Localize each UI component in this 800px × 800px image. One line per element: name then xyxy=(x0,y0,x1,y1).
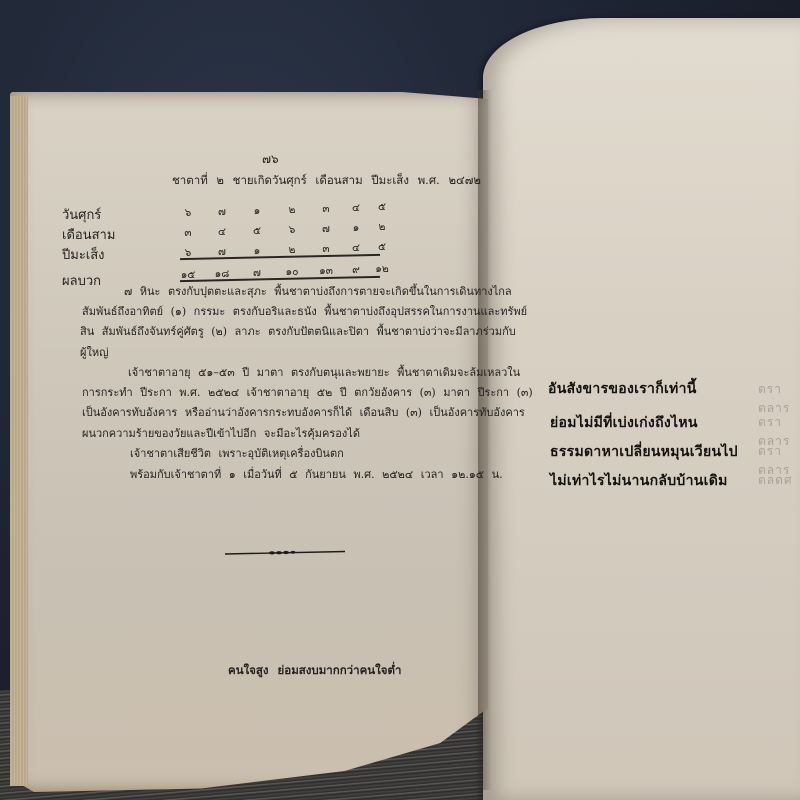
body-paragraph-line: เจ้าชาตาอายุ ๕๑–๕๓ ปี มาตา ตรงกับตนุและพ… xyxy=(128,363,520,381)
body-paragraph-line: ผู้ใหญ่ xyxy=(80,343,108,361)
body-paragraph-line: การกระทำ ปีระกา พ.ศ. ๒๕๒๔ เจ้าชาตาอายุ ๕… xyxy=(82,383,533,401)
left-page-content: ๗๖ ชาตาที่ ๒ ชายเกิดวันศุกร์ เดือนสาม ปี… xyxy=(0,0,800,800)
body-paragraph-line: สัมพันธ์ถึงอาทิตย์ (๑) กรรมะ ตรงกับอริแล… xyxy=(82,302,527,320)
table-cell: ๕ xyxy=(370,198,394,215)
table-cell: ๕ xyxy=(370,238,394,255)
poem-line: ไม่เท่าไรไม่นานกลับบ้านเดิม xyxy=(550,470,728,492)
body-paragraph-line: เป็นอังคารทับอังคาร หรืออ่านว่าอังคารกระ… xyxy=(82,403,525,421)
body-paragraph-line: สิน สัมพันธ์ถึงจันทร์คู่ศัตรู (๒) ลาภะ ต… xyxy=(80,322,516,340)
table-cell: ๑๒ xyxy=(370,260,394,277)
table-cell: ๑ xyxy=(344,219,368,236)
poem-line: อันสังขารของเราก็เท่านี้ xyxy=(548,378,697,400)
book-photo-scene: ๗๖ ชาตาที่ ๒ ชายเกิดวันศุกร์ เดือนสาม ปี… xyxy=(0,0,800,800)
table-cell: ๗ xyxy=(314,220,338,237)
body-paragraph-line: ผนวกความร้ายของวัยและปีเข้าไปอีก จะมีอะไ… xyxy=(82,424,360,442)
poem-line: ย่อมไม่มีที่เบ่งเก่งถึงไหน xyxy=(550,412,698,434)
table-cell: ๖ xyxy=(280,221,304,238)
row-label: ปีมะเส็ง xyxy=(62,244,105,265)
poem-line: ธรรมดาหาเปลี่ยนหมุนเวียนไป xyxy=(550,441,738,463)
bleed-through-text: ตลดศ xyxy=(758,471,793,490)
table-cell: ๗ xyxy=(210,203,234,220)
body-paragraph-line: ๗ หินะ ตรงกับปุตตะและสุภะ พื้นชาตาบ่งถึง… xyxy=(124,282,512,300)
table-cell: ๒ xyxy=(370,218,394,235)
table-cell: ๓ xyxy=(176,224,200,241)
page-number: ๗๖ xyxy=(262,150,279,169)
chart-title: ชาตาที่ ๒ ชายเกิดวันศุกร์ เดือนสาม ปีมะเ… xyxy=(172,172,481,190)
table-cell: ๔ xyxy=(210,223,234,240)
row-label: วันศุกร์ xyxy=(62,204,101,225)
table-cell: ๕ xyxy=(245,222,269,239)
body-paragraph-line: พร้อมกับเจ้าชาตาที่ ๑ เมื่อวันที่ ๕ กันย… xyxy=(130,465,503,483)
table-cell: ๓ xyxy=(314,200,338,217)
row-label: เดือนสาม xyxy=(62,224,115,245)
table-cell: ๑ xyxy=(245,202,269,219)
footer-quote: คนใจสูง ย่อมสงบมากกว่าคนใจต่ำ xyxy=(228,662,401,680)
body-paragraph-line: เจ้าชาตาเสียชีวิต เพราะอุบัติเหตุเครื่อง… xyxy=(130,444,344,462)
sum-label: ผลบวก xyxy=(62,270,101,291)
table-cell: ๔ xyxy=(344,199,368,216)
table-cell: ๖ xyxy=(176,204,200,221)
table-cell: ๒ xyxy=(280,201,304,218)
ornament-divider-icon xyxy=(225,550,345,556)
